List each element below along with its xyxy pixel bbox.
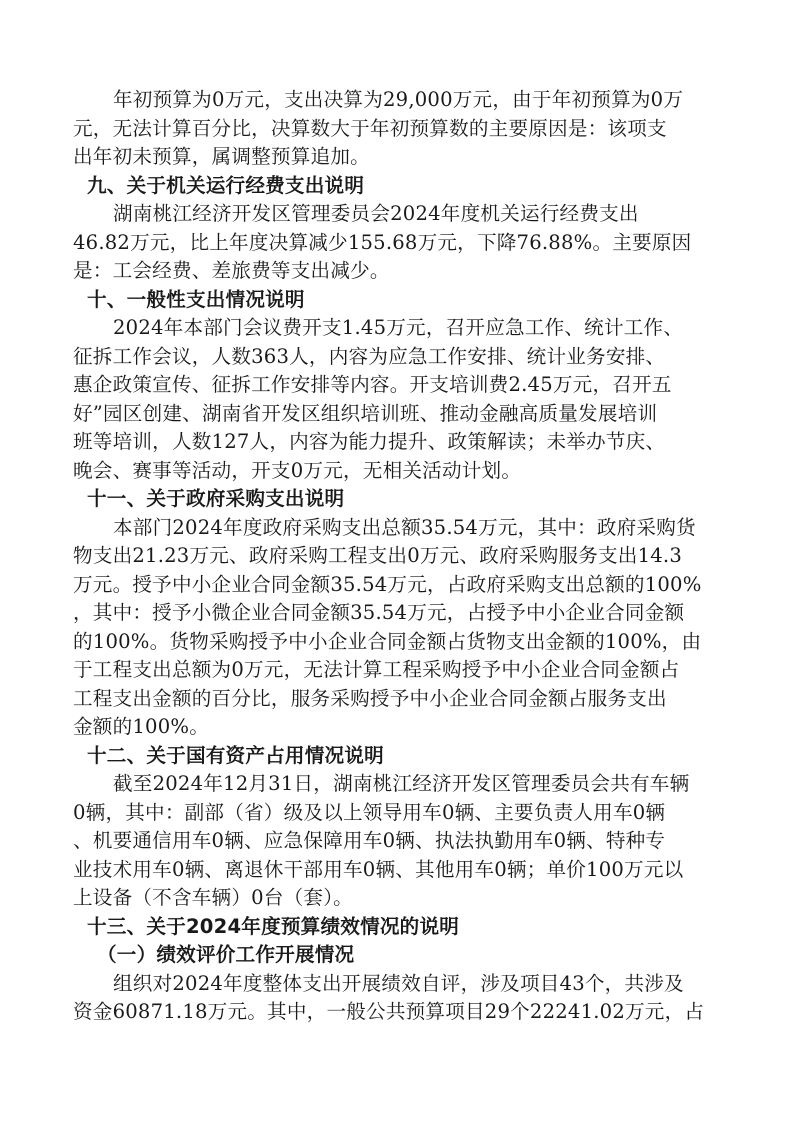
paragraph-line: 组织对2024年度整体支出开展绩效自评，涉及项目43个，共涉及 xyxy=(73,970,713,999)
document-page: 年初预算为0万元，支出决算为29,000万元，由于年初预算为0万 元，无法计算百… xyxy=(73,86,713,1027)
paragraph-line: 上设备（不含车辆）0台（套）。 xyxy=(73,884,713,913)
paragraph-line: 的100%。货物采购授予中小企业合同金额占货物支出金额的100%，由 xyxy=(73,628,713,657)
paragraph-line: 2024年本部门会议费开支1.45万元，召开应急工作、统计工作、 xyxy=(73,314,713,343)
paragraph-line: 是：工会经费、差旅费等支出减少。 xyxy=(73,257,713,286)
paragraph-line: 晚会、赛事等活动，开支0万元，无相关活动计划。 xyxy=(73,457,713,486)
paragraph-line: 万元。授予中小企业合同金额35.54万元，占政府采购支出总额的100% xyxy=(73,571,713,600)
paragraph-line: 46.82万元，比上年度决算减少155.68万元，下降76.88%。主要原因 xyxy=(73,229,713,258)
subsection-heading: （一）绩效评价工作开展情况 xyxy=(73,941,713,970)
paragraph-line: 元，无法计算百分比，决算数大于年初预算数的主要原因是：该项支 xyxy=(73,115,713,144)
paragraph-line: 于工程支出总额为0万元，无法计算工程采购授予中小企业合同金额占 xyxy=(73,656,713,685)
section-heading-9: 九、关于机关运行经费支出说明 xyxy=(73,172,713,201)
paragraph-line: 0辆，其中：副部（省）级及以上领导用车0辆、主要负责人用车0辆 xyxy=(73,799,713,828)
paragraph-line: 征拆工作会议，人数363人，内容为应急工作安排、统计业务安排、 xyxy=(73,343,713,372)
paragraph-line: 资金60871.18万元。其中，一般公共预算项目29个22241.02万元，占 xyxy=(73,998,713,1027)
paragraph-line: 、机要通信用车0辆、应急保障用车0辆、执法执勤用车0辆、特种专 xyxy=(73,827,713,856)
paragraph-line: 截至2024年12月31日，湖南桃江经济开发区管理委员会共有车辆 xyxy=(73,770,713,799)
paragraph-line: 工程支出金额的百分比，服务采购授予中小企业合同金额占服务支出 xyxy=(73,685,713,714)
section-heading-13: 十三、关于2024年度预算绩效情况的说明 xyxy=(73,913,713,942)
paragraph-line: ，其中：授予小微企业合同金额35.54万元，占授予中小企业合同金额 xyxy=(73,599,713,628)
section-heading-10: 十、一般性支出情况说明 xyxy=(73,286,713,315)
paragraph-line: 年初预算为0万元，支出决算为29,000万元，由于年初预算为0万 xyxy=(73,86,713,115)
paragraph-line: 业技术用车0辆、离退休干部用车0辆、其他用车0辆；单价100万元以 xyxy=(73,856,713,885)
paragraph-line: 金额的100%。 xyxy=(73,713,713,742)
paragraph-line: 本部门2024年度政府采购支出总额35.54万元，其中：政府采购货 xyxy=(73,514,713,543)
paragraph-line: 好”园区创建、湖南省开发区组织培训班、推动金融高质量发展培训 xyxy=(73,400,713,429)
paragraph-line: 班等培训，人数127人，内容为能力提升、政策解读；未举办节庆、 xyxy=(73,428,713,457)
section-heading-11: 十一、关于政府采购支出说明 xyxy=(73,485,713,514)
paragraph-line: 湖南桃江经济开发区管理委员会2024年度机关运行经费支出 xyxy=(73,200,713,229)
paragraph-line: 出年初未预算，属调整预算追加。 xyxy=(73,143,713,172)
section-heading-12: 十二、关于国有资产占用情况说明 xyxy=(73,742,713,771)
paragraph-line: 惠企政策宣传、征拆工作安排等内容。开支培训费2.45万元，召开五 xyxy=(73,371,713,400)
paragraph-line: 物支出21.23万元、政府采购工程支出0万元、政府采购服务支出14.3 xyxy=(73,542,713,571)
